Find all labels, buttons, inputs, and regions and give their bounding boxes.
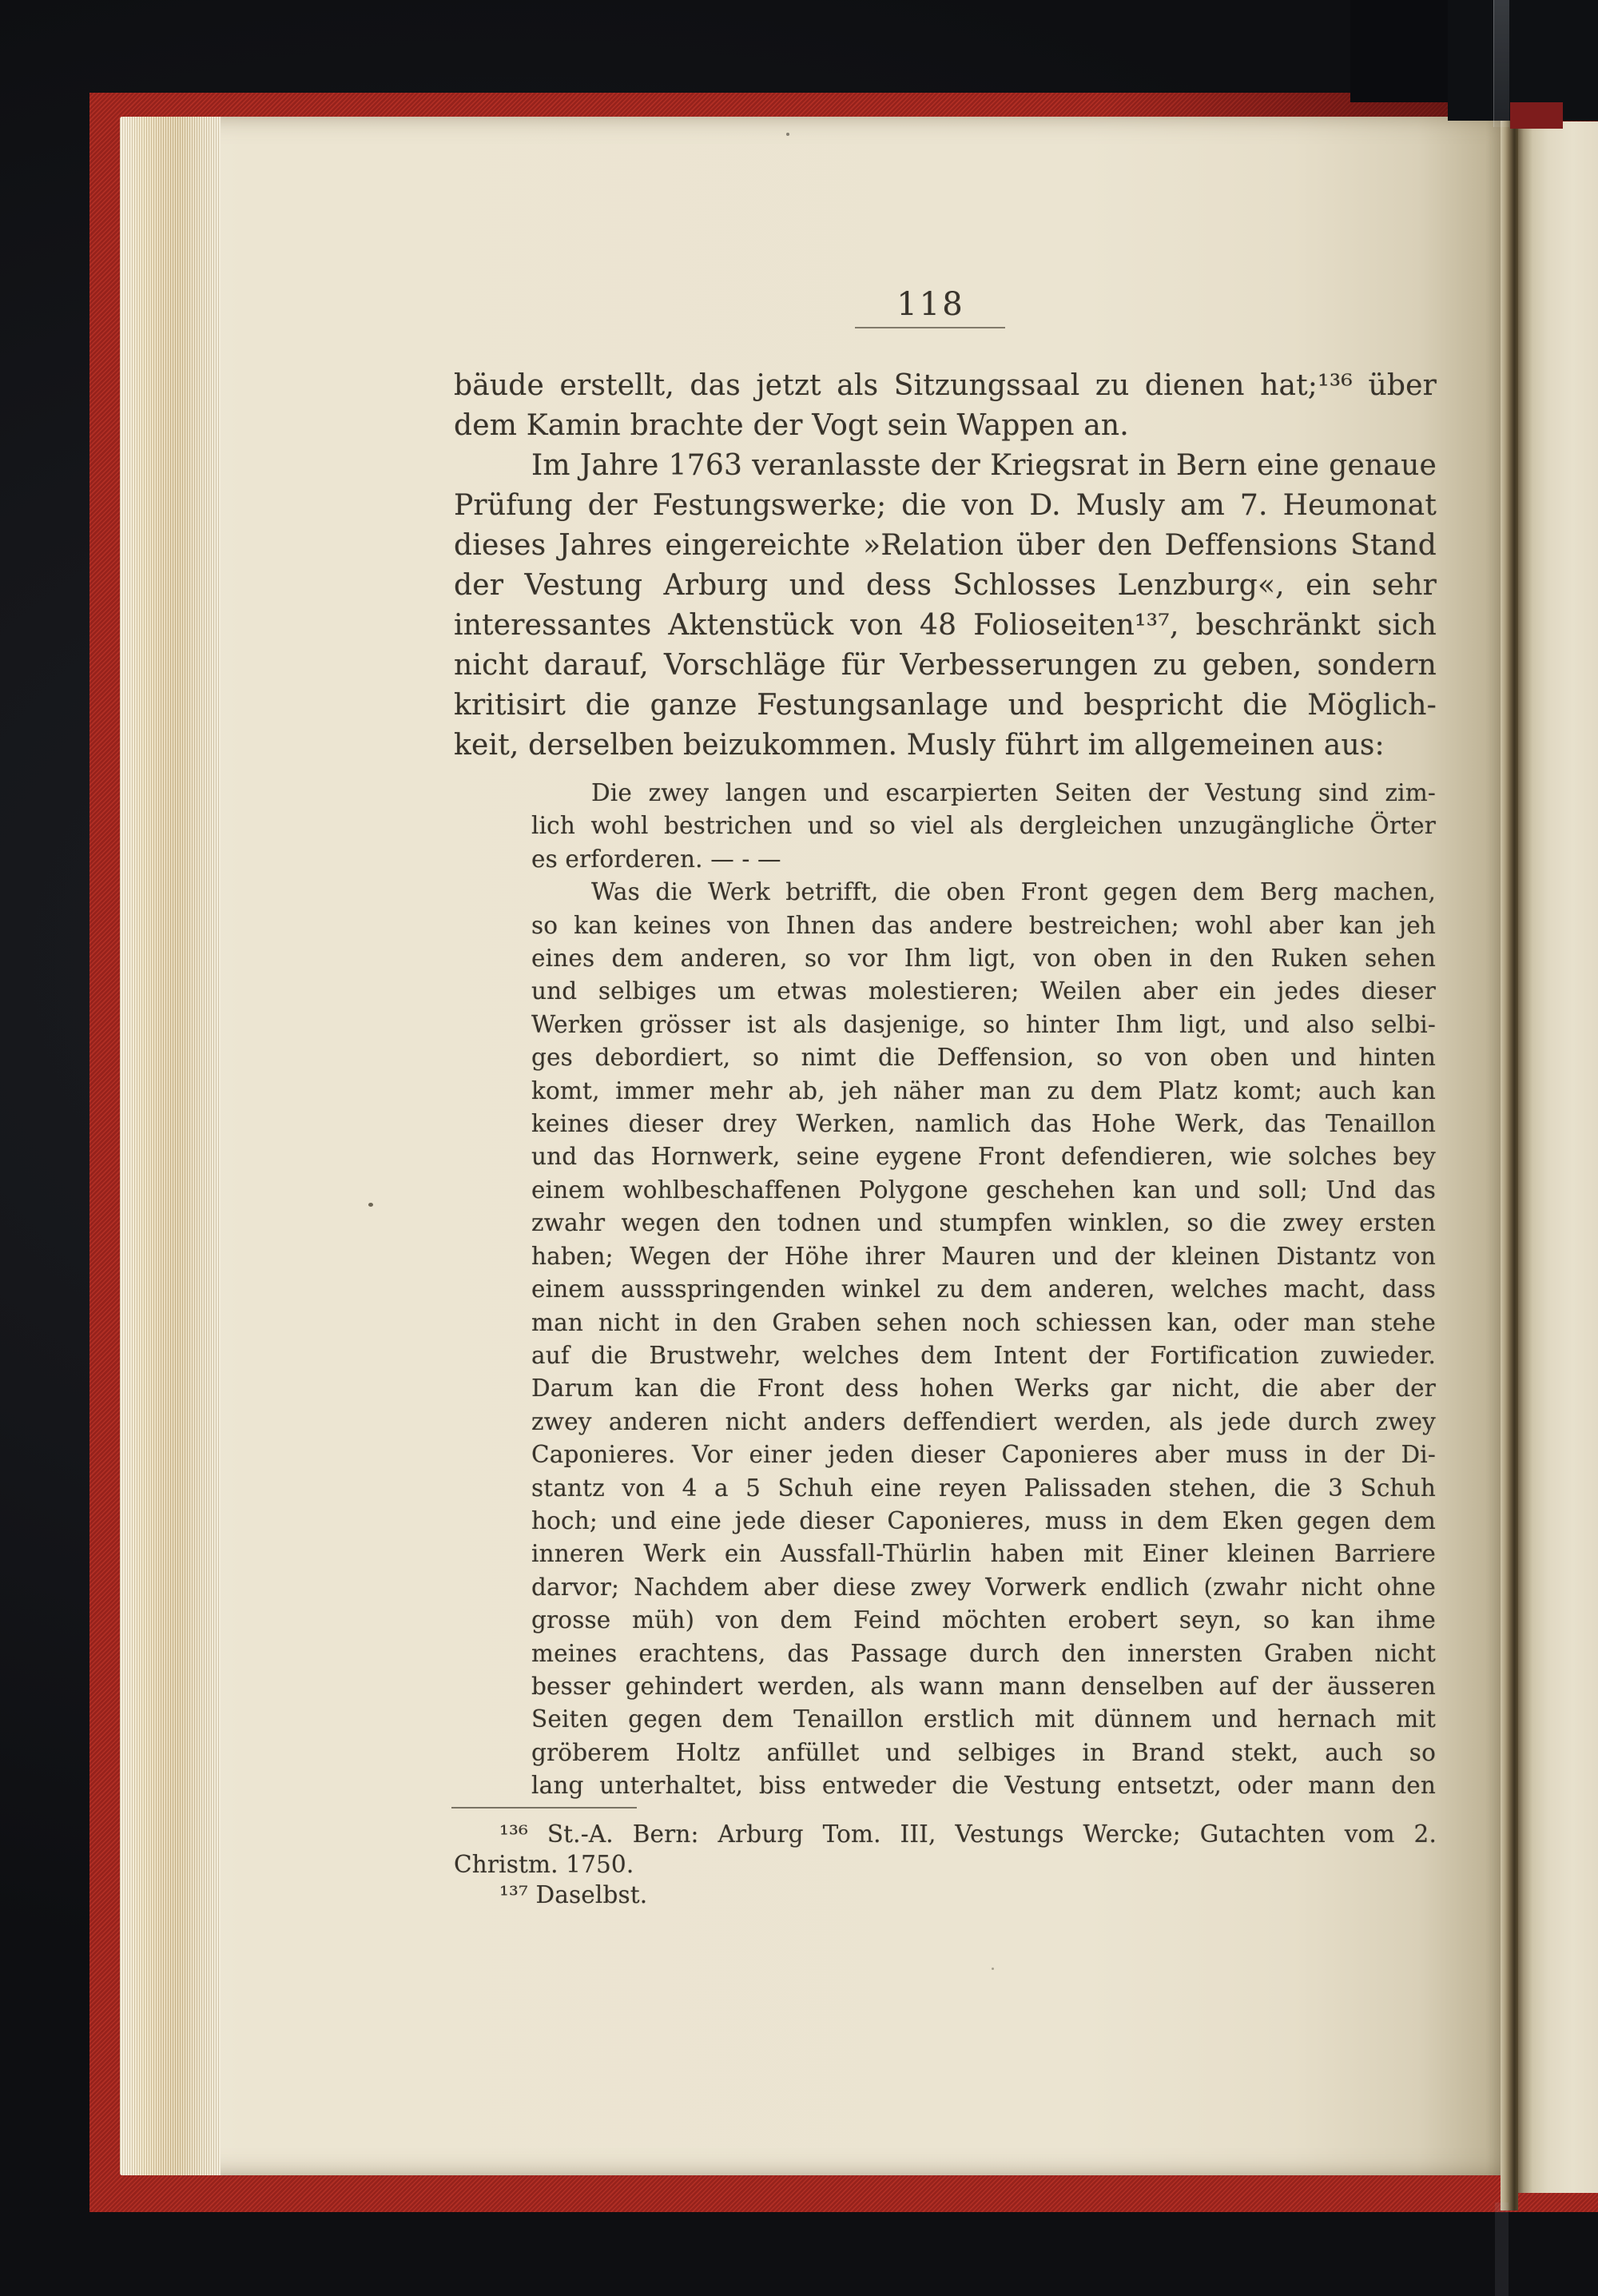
text-line: einem wohlbeschaffenen Polygone geschehe…	[531, 1174, 1436, 1207]
text-line: interessantes Aktenstück von 48 Foliosei…	[454, 606, 1437, 646]
text-line: komt, immer mehr ab, jeh näher man zu de…	[531, 1075, 1436, 1108]
facing-page	[1518, 121, 1598, 2193]
text-line: lich wohl bestrichen und so viel als der…	[531, 810, 1436, 842]
text-line: eines dem anderen, so vor Ihm ligt, von …	[531, 942, 1436, 975]
text-line: haben; Wegen der Höhe ihrer Mauren und d…	[531, 1240, 1436, 1273]
text-line: Prüfung der Festungswerke; die von D. Mu…	[454, 486, 1437, 526]
page-number: 118	[855, 286, 1007, 323]
text-line: Was die Werk betrifft, die oben Front ge…	[531, 876, 1436, 909]
text-line: Werken grösser ist als dasjenige, so hin…	[531, 1009, 1436, 1041]
mount-strap-bottom	[1495, 2202, 1509, 2296]
text-line: inneren Werk ein Aussfall-Thürlin haben …	[531, 1538, 1436, 1570]
book-gutter	[1501, 118, 1518, 2210]
text-line: darvor; Nachdem aber diese zwey Vorwerk …	[531, 1571, 1436, 1604]
text-line: und selbiges um etwas molestieren; Weile…	[531, 975, 1436, 1008]
text-line: Die zwey langen und escarpierten Seiten …	[531, 777, 1436, 810]
text-line: dieses Jahres eingereichte »Relation übe…	[454, 526, 1437, 566]
text-line: der Vestung Arburg und dess Schlosses Le…	[454, 566, 1437, 606]
text-line: ges debordiert, so nimt die Deffension, …	[531, 1041, 1436, 1074]
footnotes: ¹³⁶ St.-A. Bern: Arburg Tom. III, Vestun…	[454, 1819, 1437, 1910]
main-text: bäude erstellt, das jetzt als Sitzungssa…	[454, 366, 1437, 766]
text-line: hoch; und eine jede dieser Caponieres, m…	[531, 1505, 1436, 1538]
text-line: Christm. 1750.	[454, 1849, 1437, 1880]
text-line: besser gehindert werden, als wann mann d…	[531, 1670, 1436, 1703]
text-line: meines erachtens, das Passage durch den …	[531, 1637, 1436, 1670]
photo-background: 118 bäude erstellt, das jetzt als Sitzun…	[0, 0, 1598, 2296]
book-cover-edge-patch	[1510, 102, 1563, 129]
text-line: keit, derselben beizukommen. Musly führt…	[454, 726, 1437, 766]
text-line: zwey anderen nicht anders deffendiert we…	[531, 1406, 1436, 1438]
text-line: zwahr wegen den todnen und stumpfen wink…	[531, 1207, 1436, 1240]
text-line: keines dieser drey Werken, namlich das H…	[531, 1108, 1436, 1140]
text-line: man nicht in den Graben sehen noch schie…	[531, 1307, 1436, 1339]
text-line: Darum kan die Front dess hohen Werks gar…	[531, 1372, 1436, 1405]
text-line: ¹³⁷ Daselbst.	[454, 1880, 1437, 1910]
text-line: Caponieres. Vor einer jeden dieser Capon…	[531, 1438, 1436, 1471]
text-line: Seiten gegen dem Tenaillon erstlich mit …	[531, 1703, 1436, 1736]
paper-speck	[992, 1968, 994, 1970]
text-line: gröberem Holtz anfüllet und selbiges in …	[531, 1737, 1436, 1769]
block-quote: Die zwey langen und escarpierten Seiten …	[531, 777, 1436, 1803]
text-line: auf die Brustwehr, welches dem Intent de…	[531, 1339, 1436, 1372]
text-line: und das Hornwerk, seine eygene Front def…	[531, 1140, 1436, 1173]
text-line: lang unterhaltet, biss entweder die Vest…	[531, 1769, 1436, 1802]
page-number-rule	[855, 327, 1005, 328]
text-line: stantz von 4 a 5 Schuh eine reyen Paliss…	[531, 1472, 1436, 1505]
mount-clamp-left	[1350, 0, 1448, 102]
text-line: ¹³⁶ St.-A. Bern: Arburg Tom. III, Vestun…	[454, 1819, 1437, 1849]
text-line: kritisirt die ganze Festungsanlage und b…	[454, 686, 1437, 726]
text-line: bäude erstellt, das jetzt als Sitzungssa…	[454, 366, 1437, 406]
text-line: einem aussspringenden winkel zu dem ande…	[531, 1273, 1436, 1306]
text-line: Im Jahre 1763 veranlasste der Kriegsrat …	[454, 446, 1437, 486]
mount-strap-top	[1493, 0, 1509, 127]
text-line: so kan keines von Ihnen das andere bestr…	[531, 909, 1436, 942]
text-line: nicht darauf, Vorschläge für Verbesserun…	[454, 646, 1437, 686]
footnote-separator	[451, 1807, 637, 1809]
paper-speck	[368, 1203, 373, 1207]
page-fore-edge	[120, 117, 221, 2175]
paper-speck	[786, 133, 789, 136]
text-line: es erforderen. — - —	[531, 843, 1436, 876]
text-line: dem Kamin brachte der Vogt sein Wappen a…	[454, 406, 1437, 446]
text-line: grosse müh) von dem Feind möchten erober…	[531, 1604, 1436, 1637]
